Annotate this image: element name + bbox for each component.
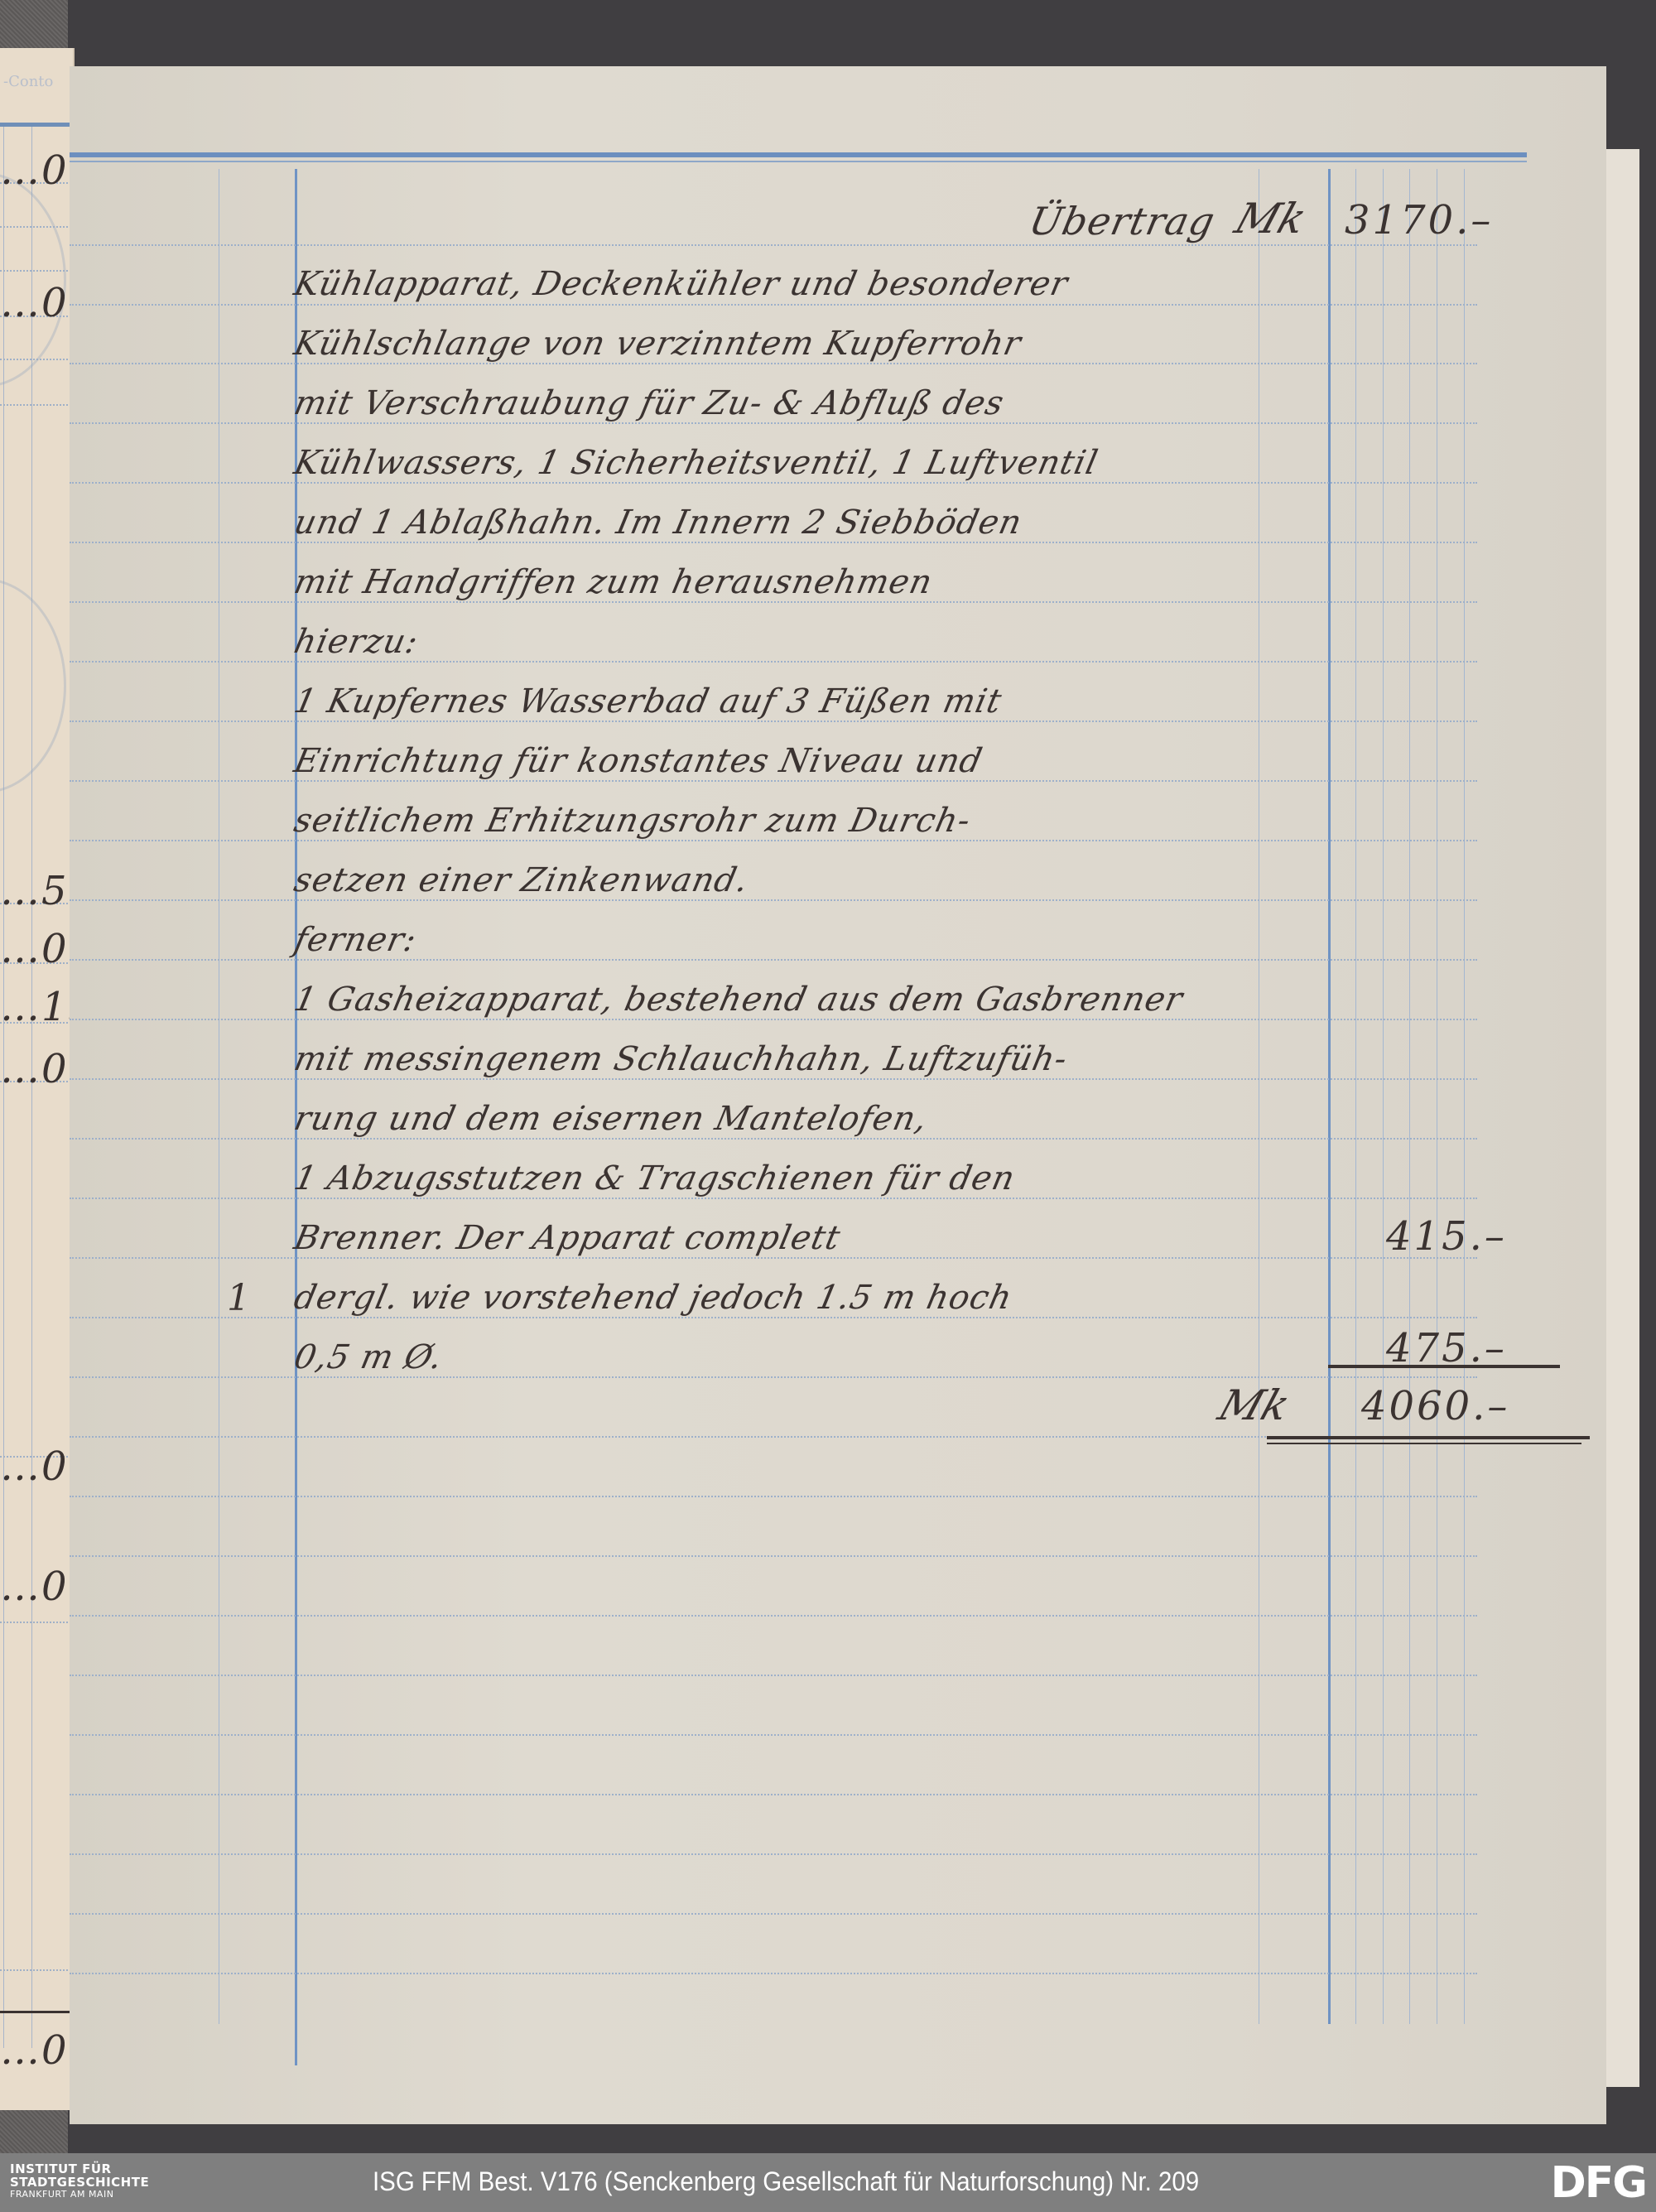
row-line	[70, 899, 1477, 901]
previous-page-row-line	[0, 1969, 75, 1971]
description-line: Einrichtung für konstantes Niveau und	[291, 742, 986, 780]
institution-location: FRANKFURT AM MAIN	[10, 2190, 149, 2200]
description-line: mit Handgriffen zum herausnehmen	[291, 563, 936, 601]
row-line	[70, 304, 1477, 306]
row-line	[70, 661, 1477, 663]
row-line	[70, 1973, 1477, 1974]
description-line: Brenner. Der Apparat complett	[291, 1219, 844, 1257]
description-line: ferner:	[291, 921, 420, 959]
description-line: setzen einer Zinkenwand.	[291, 861, 752, 899]
description-line: Kühlapparat, Deckenkühler und besonderer	[291, 265, 1071, 303]
previous-page-amount: …0.–	[0, 926, 71, 972]
row-line	[70, 363, 1477, 364]
row-line	[70, 1615, 1477, 1617]
row-line	[70, 1198, 1477, 1199]
ledger-page: Übertrag Mk 3170.– Kühlapparat, Deckenkü…	[70, 66, 1606, 2124]
row-line	[70, 1913, 1477, 1915]
row-line	[70, 1734, 1477, 1736]
description-line: hierzu:	[291, 623, 421, 661]
description-line: dergl. wie vorstehend jedoch 1.5 m hoch	[291, 1279, 1016, 1317]
archive-footer: INSTITUT FÜR STADTGESCHICHTE FRANKFURT A…	[0, 2153, 1656, 2212]
row-line	[70, 840, 1477, 841]
description-line: 1 Gasheizapparat, bestehend aus dem Gasb…	[291, 981, 1187, 1019]
header-rule-thin	[70, 161, 1527, 162]
row-line	[70, 1496, 1477, 1497]
previous-page-edge: -Conto …0.– …0.– …5.– …0.– …15.– …0.– …0…	[0, 48, 75, 2110]
previous-page-amount: …0.–	[0, 1564, 71, 1610]
carry-over-amount: 3170.–	[1345, 197, 1493, 243]
row-line	[70, 1078, 1477, 1080]
row-line	[70, 1555, 1477, 1557]
row-line	[70, 1853, 1477, 1855]
previous-page-row-line	[0, 359, 75, 360]
row-line	[70, 1317, 1477, 1318]
row-line	[70, 780, 1477, 782]
previous-page-amount: …15.–	[0, 984, 71, 1030]
description-line: 0,5 m Ø.	[291, 1338, 446, 1376]
row-line	[70, 1376, 1477, 1378]
row-line	[70, 601, 1477, 603]
institution-name-line: STADTGESCHICHTE	[10, 2176, 149, 2190]
total-double-rule	[1267, 1436, 1590, 1439]
carry-over-currency: Mk	[1230, 195, 1312, 243]
previous-page-amount: …0.–	[0, 1046, 71, 1092]
previous-page-row-line	[0, 226, 75, 228]
row-line	[70, 1257, 1477, 1259]
archive-reference-title: ISG FFM Best. V176 (Senckenberg Gesellsc…	[373, 2166, 1199, 2197]
previous-page-header-fragment: -Conto	[3, 73, 53, 90]
description-line: und 1 Ablaßhahn. Im Innern 2 Siebböden	[291, 504, 1026, 542]
amount-digit-line	[1437, 169, 1437, 2024]
previous-page-row-line	[0, 270, 75, 272]
row-line	[70, 720, 1477, 722]
previous-page-sum-line	[0, 2011, 75, 2013]
dfg-logo: DFG	[1551, 2161, 1646, 2205]
previous-page-row-line	[0, 1622, 75, 1623]
total-amount: 4060.–	[1361, 1383, 1509, 1429]
description-line: seitlichem Erhitzungsrohr zum Durch-	[291, 802, 975, 840]
amount-digit-line	[1409, 169, 1410, 2024]
row-line	[70, 1794, 1477, 1795]
carry-over-label: Übertrag	[1025, 199, 1219, 243]
description-line: mit messingenem Schlauchhahn, Luftzufüh-	[291, 1040, 1071, 1078]
amount-digit-line	[1383, 169, 1384, 2024]
previous-page-amount: …0.–	[0, 2027, 71, 2074]
row-line	[70, 542, 1477, 543]
previous-page-row-line	[0, 404, 75, 406]
quantity-value: 1	[227, 1277, 250, 1319]
row-line	[70, 482, 1477, 484]
previous-page-amount: …0.–	[0, 147, 71, 194]
amount-column-line	[1328, 169, 1331, 2024]
previous-page-amount: …0.–	[0, 1443, 71, 1490]
institution-logo: INSTITUT FÜR STADTGESCHICHTE FRANKFURT A…	[10, 2163, 149, 2199]
previous-page-top-rule	[0, 123, 75, 127]
row-line	[70, 959, 1477, 961]
previous-page-amount: …0.–	[0, 280, 71, 326]
faded-stamp	[0, 578, 66, 793]
description-line: 1 Abzugsstutzen & Tragschienen für den	[291, 1159, 1018, 1198]
header-rule	[70, 152, 1527, 157]
row-line	[70, 422, 1477, 424]
description-line: Kühlschlange von verzinntem Kupferrohr	[291, 325, 1025, 363]
description-line: Kühlwassers, 1 Sicherheitsventil, 1 Luft…	[291, 444, 1101, 482]
row-line	[70, 1436, 1477, 1438]
description-line: 1 Kupfernes Wasserbad auf 3 Füßen mit	[291, 682, 1005, 720]
amount-digit-line	[1355, 169, 1356, 2024]
subtotal-rule	[1328, 1365, 1560, 1368]
row-line	[70, 1019, 1477, 1020]
currency-column-line	[1259, 169, 1259, 2024]
row-line	[70, 1138, 1477, 1140]
description-line: mit Verschraubung für Zu- & Abfluß des	[291, 384, 1008, 422]
description-line: rung und dem eisernen Mantelofen,	[291, 1100, 931, 1138]
amount-digit-line	[1464, 169, 1465, 2024]
total-double-rule	[1267, 1443, 1581, 1444]
row-line	[70, 244, 1477, 246]
item-amount: 415.–	[1386, 1213, 1507, 1260]
row-line	[70, 1675, 1477, 1676]
total-currency: Mk	[1213, 1381, 1296, 1429]
previous-page-amount: …5.–	[0, 868, 71, 914]
quantity-column-line	[219, 169, 219, 2024]
page-edge	[1606, 149, 1639, 2087]
